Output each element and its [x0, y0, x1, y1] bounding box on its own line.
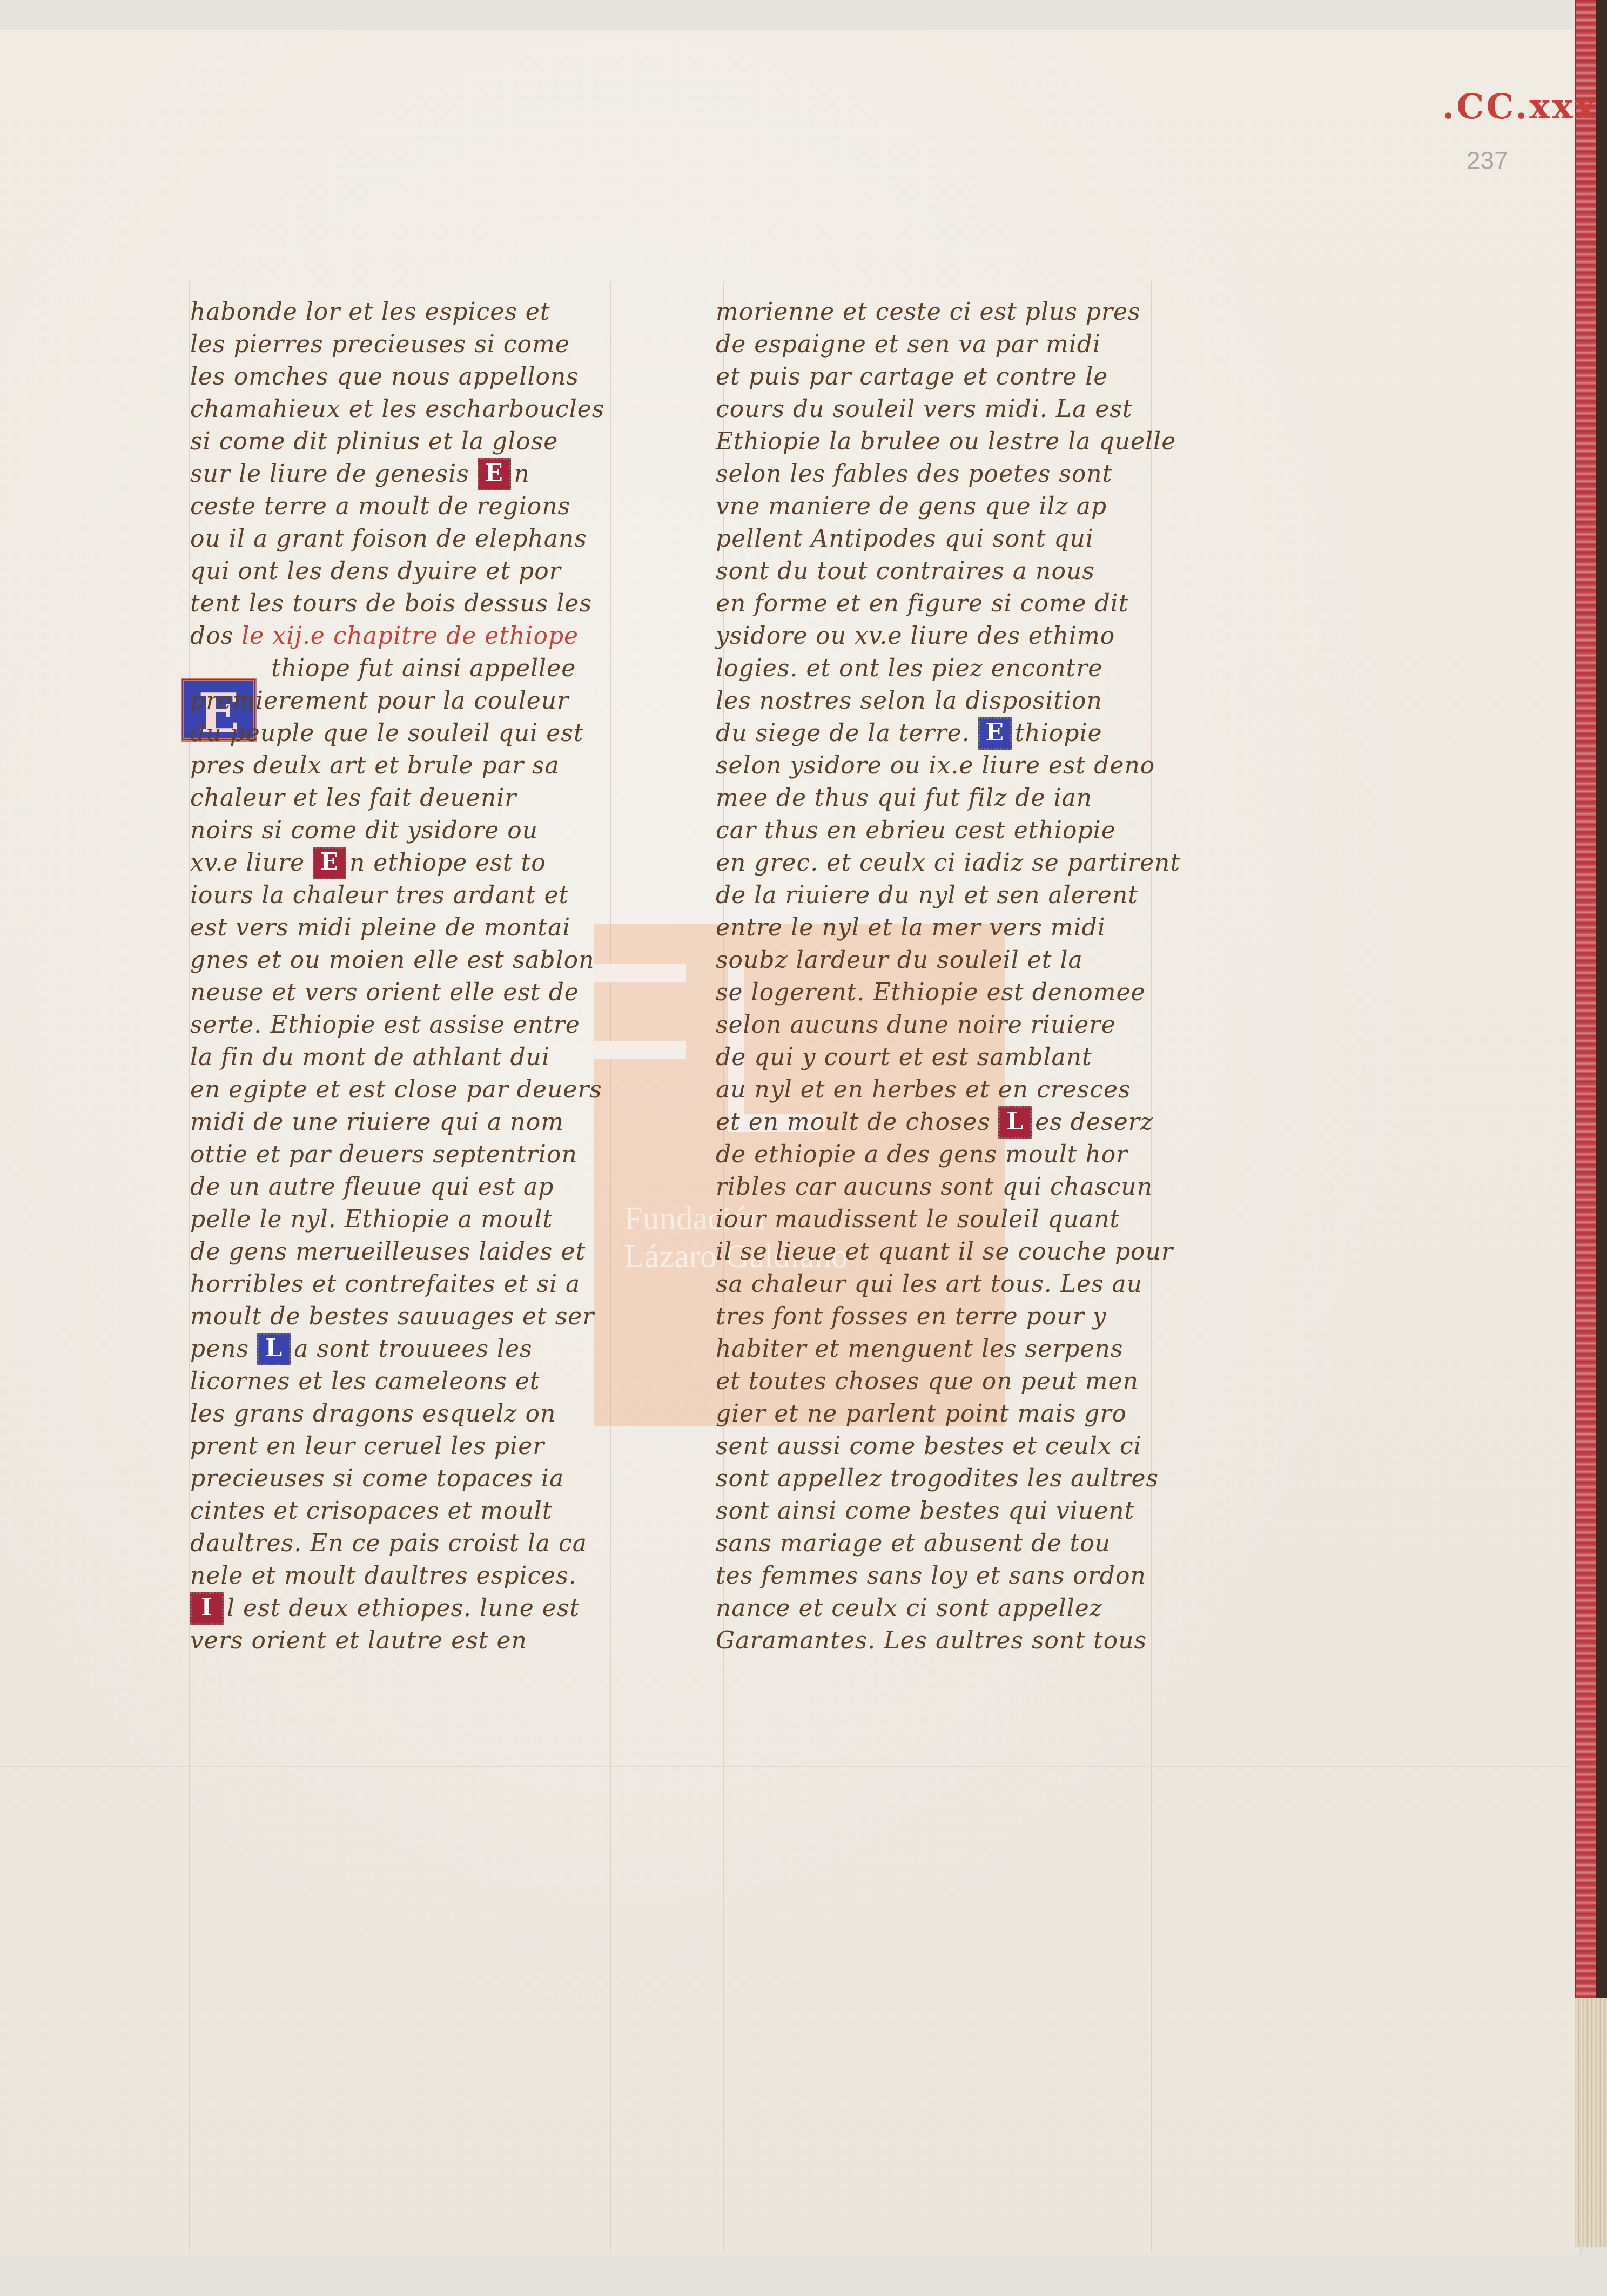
line-text: chamahieux et les escharboucles: [190, 395, 604, 423]
text-line: dos le xij.e chapitre de ethiope: [190, 620, 611, 652]
text-line: entre le nyl et la mer vers midi: [716, 912, 1180, 944]
line-text: licornes et les cameleons et: [190, 1368, 540, 1395]
text-line: neuse et vers orient elle est de: [190, 977, 611, 1009]
line-text: habiter et menguent les serpens: [716, 1335, 1123, 1363]
line-text: si come dit plinius et la glose: [190, 428, 558, 455]
text-line: les nostres selon la disposition: [716, 685, 1180, 717]
text-line: chaleur et les fait deuenir: [190, 782, 611, 814]
line-text: pens: [190, 1335, 249, 1363]
text-line: en egipte et est close par deuers: [190, 1074, 611, 1106]
text-line: gier et ne parlent point mais gro: [716, 1398, 1180, 1430]
text-line: ottie et par deuers septentrion: [190, 1139, 611, 1171]
decorated-initial: I: [190, 1592, 224, 1625]
line-text: tent les tours de bois dessus les: [190, 590, 592, 617]
line-text: dos: [190, 622, 233, 650]
text-line: de un autre fleuue qui est ap: [190, 1171, 611, 1203]
text-line: iour maudissent le souleil quant: [716, 1203, 1180, 1236]
line-text: iour maudissent le souleil quant: [716, 1206, 1120, 1233]
line-text: sans mariage et abusent de tou: [716, 1530, 1111, 1557]
line-text: ceste terre a moult de regions: [190, 493, 570, 520]
line-text: vne maniere de gens que ilz ap: [716, 493, 1107, 520]
scan-background-top: [0, 0, 1607, 30]
text-line: ribles car aucuns sont qui chascun: [716, 1171, 1180, 1203]
line-text: qui ont les dens dyuire et por: [190, 557, 561, 585]
line-text: gnes et ou moien elle est sablon: [190, 946, 595, 974]
text-line: si come dit plinius et la glose: [190, 426, 611, 458]
text-line: morienne et ceste ci est plus pres: [716, 296, 1180, 328]
text-line: de gens merueilleuses laides et: [190, 1236, 611, 1268]
line-text: la fin du mont de athlant dui: [190, 1043, 550, 1071]
text-line: de espaigne et sen va par midi: [716, 328, 1180, 361]
ruling-top: [0, 281, 1572, 281]
line-text: pres deulx art et brule par sa: [190, 752, 560, 779]
line-text: habonde lor et les espices et: [190, 298, 550, 326]
text-line: habiter et menguent les serpens: [716, 1333, 1180, 1365]
line-text-continued: n ethiope est to: [349, 849, 546, 877]
line-text: morienne et ceste ci est plus pres: [716, 298, 1141, 326]
text-line: cours du souleil vers midi. La est: [716, 393, 1180, 426]
text-line: en grec. et ceulx ci iadiz se partirent: [716, 847, 1180, 879]
text-line: selon aucuns dune noire riuiere: [716, 1009, 1180, 1041]
line-text: il se lieue et quant il se couche pour: [716, 1238, 1173, 1265]
text-line: de ethiopie a des gens moult hor: [716, 1139, 1180, 1171]
text-line: et en moult de choses Les deserz: [716, 1106, 1180, 1139]
text-line: en forme et en figure si come dit: [716, 588, 1180, 620]
text-line: logies. et ont les piez encontre: [716, 652, 1180, 685]
line-text-continued: thiopie: [1015, 719, 1102, 747]
line-text: ottie et par deuers septentrion: [190, 1141, 577, 1168]
line-text: ribles car aucuns sont qui chascun: [716, 1173, 1153, 1201]
text-line: pres deulx art et brule par sa: [190, 750, 611, 782]
text-line: premierement pour la couleur: [190, 685, 611, 717]
pencil-folio-number: 237: [1467, 146, 1508, 175]
line-text: prent en leur ceruel les pier: [190, 1432, 544, 1460]
text-line: licornes et les cameleons et: [190, 1365, 611, 1398]
line-text: et toutes choses que on peut men: [716, 1368, 1139, 1395]
line-text: selon aucuns dune noire riuiere: [716, 1011, 1115, 1039]
line-text: noirs si come dit ysidore ou: [190, 817, 538, 844]
text-line: du peuple que le souleil qui est: [190, 717, 611, 750]
line-text: nele et moult daultres espices.: [190, 1562, 577, 1590]
line-text: selon ysidore ou ix.e liure est deno: [716, 752, 1155, 779]
text-line: noirs si come dit ysidore ou: [190, 814, 611, 847]
text-line: car thus en ebrieu cest ethiopie: [716, 814, 1180, 847]
decorated-initial: E: [313, 847, 346, 879]
line-text: vers orient et lautre est en: [190, 1627, 527, 1654]
line-text: precieuses si come topaces ia: [190, 1465, 564, 1492]
line-text: pelle le nyl. Ethiopie a moult: [190, 1206, 553, 1233]
text-line: selon ysidore ou ix.e liure est deno: [716, 750, 1180, 782]
text-line: xv.e liure En ethiope est to: [190, 847, 611, 879]
text-line: tes femmes sans loy et sans ordon: [716, 1560, 1180, 1592]
text-line: selon les fables des poetes sont: [716, 458, 1180, 490]
line-text: nance et ceulx ci sont appellez: [716, 1594, 1102, 1622]
text-line: pellent Antipodes qui sont qui: [716, 523, 1180, 555]
text-line: Il est deux ethiopes. lune est: [190, 1592, 611, 1625]
line-text: moult de bestes sauuages et ser: [190, 1303, 594, 1330]
line-text: de qui y court et est samblant: [716, 1043, 1092, 1071]
line-text: cours du souleil vers midi. La est: [716, 395, 1132, 423]
line-text: ysidore ou xv.e liure des ethimo: [716, 622, 1115, 650]
text-line: gnes et ou moien elle est sablon: [190, 944, 611, 977]
text-line: nele et moult daultres espices.: [190, 1560, 611, 1592]
text-line: sa chaleur qui les art tous. Les au: [716, 1268, 1180, 1301]
text-line: et puis par cartage et contre le: [716, 361, 1180, 393]
line-text: de espaigne et sen va par midi: [716, 331, 1101, 358]
text-line: et toutes choses que on peut men: [716, 1365, 1180, 1398]
line-text: neuse et vers orient elle est de: [190, 979, 579, 1006]
text-line: sent aussi come bestes et ceulx ci: [716, 1430, 1180, 1463]
text-line: les grans dragons esquelz on: [190, 1398, 611, 1430]
binding-outer: [1596, 0, 1607, 2052]
line-text: logies. et ont les piez encontre: [716, 655, 1102, 682]
line-text: premierement pour la couleur: [190, 687, 569, 715]
text-line: sont du tout contraires a nous: [716, 555, 1180, 588]
text-line: cintes et crisopaces et moult: [190, 1495, 611, 1527]
line-text: sa chaleur qui les art tous. Les au: [716, 1270, 1142, 1298]
decorated-initial: L: [998, 1106, 1032, 1139]
line-text: sont ainsi come bestes qui viuent: [716, 1497, 1134, 1525]
text-line: sur le liure de genesis En: [190, 458, 611, 490]
text-line: de la riuiere du nyl et sen alerent: [716, 879, 1180, 912]
text-line: mee de thus qui fut filz de ian: [716, 782, 1180, 814]
line-text: les pierres precieuses si come: [190, 331, 570, 358]
line-text-continued: n: [514, 460, 530, 488]
text-line: tres font fosses en terre pour y: [716, 1301, 1180, 1333]
text-line: pelle le nyl. Ethiopie a moult: [190, 1203, 611, 1236]
line-text: Garamantes. Les aultres sont tous: [716, 1627, 1147, 1654]
text-line: Garamantes. Les aultres sont tous: [716, 1625, 1180, 1657]
line-text: serte. Ethiopie est assise entre: [190, 1011, 580, 1039]
text-line: Ethiopie la brulee ou lestre la quelle: [716, 426, 1180, 458]
line-text: mee de thus qui fut filz de ian: [716, 784, 1092, 812]
line-text: chaleur et les fait deuenir: [190, 784, 516, 812]
text-line: sans mariage et abusent de tou: [716, 1527, 1180, 1560]
line-text: de la riuiere du nyl et sen alerent: [716, 881, 1138, 909]
line-text: sent aussi come bestes et ceulx ci: [716, 1432, 1142, 1460]
line-text: sont appellez trogodites les aultres: [716, 1465, 1159, 1492]
line-text: car thus en ebrieu cest ethiopie: [716, 817, 1116, 844]
line-text: et puis par cartage et contre le: [716, 363, 1108, 390]
line-text: sur le liure de genesis: [190, 460, 469, 488]
text-line: vers orient et lautre est en: [190, 1625, 611, 1657]
line-text: est vers midi pleine de montai: [190, 914, 570, 941]
text-line: la fin du mont de athlant dui: [190, 1041, 611, 1074]
line-text: ou il a grant foison de elephans: [190, 525, 587, 553]
text-line: sont ainsi come bestes qui viuent: [716, 1495, 1180, 1527]
text-line: qui ont les dens dyuire et por: [190, 555, 611, 588]
line-text: de ethiopie a des gens moult hor: [716, 1141, 1128, 1168]
text-line: ou il a grant foison de elephans: [190, 523, 611, 555]
line-text: midi de une riuiere qui a nom: [190, 1108, 564, 1136]
text-line: est vers midi pleine de montai: [190, 912, 611, 944]
line-text: tes femmes sans loy et sans ordon: [716, 1562, 1146, 1590]
text-line: nance et ceulx ci sont appellez: [716, 1592, 1180, 1625]
line-text: de gens merueilleuses laides et: [190, 1238, 586, 1265]
text-line: sont appellez trogodites les aultres: [716, 1463, 1180, 1495]
text-line: les omches que nous appellons: [190, 361, 611, 393]
line-text: tres font fosses en terre pour y: [716, 1303, 1107, 1330]
text-line: les pierres precieuses si come: [190, 328, 611, 361]
page-edges: [1575, 1998, 1607, 2247]
line-text-continued: a sont trouuees les: [294, 1335, 533, 1363]
text-line: de qui y court et est samblant: [716, 1041, 1180, 1074]
text-line: au nyl et en herbes et en cresces: [716, 1074, 1180, 1106]
right-text-column: morienne et ceste ci est plus presde esp…: [716, 296, 1180, 1657]
line-text: au nyl et en herbes et en cresces: [716, 1076, 1131, 1103]
line-text: thiope fut ainsi appellee: [271, 655, 576, 682]
line-text: du siege de la terre.: [716, 719, 970, 747]
line-text: cintes et crisopaces et moult: [190, 1497, 553, 1525]
line-text: soubz lardeur du souleil et la: [716, 946, 1083, 974]
text-line: tent les tours de bois dessus les: [190, 588, 611, 620]
line-text: et en moult de choses: [716, 1108, 990, 1136]
text-line: il se lieue et quant il se couche pour: [716, 1236, 1180, 1268]
line-text: Ethiopie la brulee ou lestre la quelle: [716, 428, 1176, 455]
line-text: sont du tout contraires a nous: [716, 557, 1095, 585]
left-text-column: habonde lor et les espices etles pierres…: [190, 296, 611, 1657]
line-text: les grans dragons esquelz on: [190, 1400, 556, 1428]
text-line: habonde lor et les espices et: [190, 296, 611, 328]
decorated-initial: E: [478, 458, 511, 490]
line-text: en grec. et ceulx ci iadiz se partirent: [716, 849, 1180, 877]
text-line: ceste terre a moult de regions: [190, 490, 611, 523]
line-text: du peuple que le souleil qui est: [190, 719, 583, 747]
decorated-initial: E: [978, 717, 1012, 750]
text-line: thiope fut ainsi appellee: [190, 652, 611, 685]
text-line: iours la chaleur tres ardant et: [190, 879, 611, 912]
text-line: horribles et contrefaites et si a: [190, 1268, 611, 1301]
line-text: en forme et en figure si come dit: [716, 590, 1128, 617]
line-text: xv.e liure: [190, 849, 305, 877]
line-text-continued: es deserz: [1035, 1108, 1153, 1136]
line-text: daultres. En ce pais croist la ca: [190, 1530, 587, 1557]
line-text: selon les fables des poetes sont: [716, 460, 1112, 488]
folio-header: .CC.xxx: [1442, 86, 1598, 127]
chapter-rubric: le xij.e chapitre de ethiope: [241, 622, 579, 650]
line-text: de un autre fleuue qui est ap: [190, 1173, 554, 1201]
line-text: horribles et contrefaites et si a: [190, 1270, 580, 1298]
text-line: midi de une riuiere qui a nom: [190, 1106, 611, 1139]
text-line: vne maniere de gens que ilz ap: [716, 490, 1180, 523]
text-line: pens La sont trouuees les: [190, 1333, 611, 1365]
text-line: serte. Ethiopie est assise entre: [190, 1009, 611, 1041]
red-binding-edge: [1575, 0, 1597, 1998]
text-line: ysidore ou xv.e liure des ethimo: [716, 620, 1180, 652]
ruling-bottom-text: [0, 1766, 1572, 1767]
line-text: l est deux ethiopes. lune est: [227, 1594, 580, 1622]
line-text: les nostres selon la disposition: [716, 687, 1102, 715]
line-text: iours la chaleur tres ardant et: [190, 881, 569, 909]
decorated-initial: L: [257, 1333, 291, 1365]
line-text: pellent Antipodes qui sont qui: [716, 525, 1094, 553]
text-line: soubz lardeur du souleil et la: [716, 944, 1180, 977]
text-line: prent en leur ceruel les pier: [190, 1430, 611, 1463]
text-line: moult de bestes sauuages et ser: [190, 1301, 611, 1333]
text-line: se logerent. Ethiopie est denomee: [716, 977, 1180, 1009]
text-line: du siege de la terre. Ethiopie: [716, 717, 1180, 750]
text-line: chamahieux et les escharboucles: [190, 393, 611, 426]
line-text: en egipte et est close par deuers: [190, 1076, 602, 1103]
line-text: entre le nyl et la mer vers midi: [716, 914, 1106, 941]
line-text: se logerent. Ethiopie est denomee: [716, 979, 1146, 1006]
line-text: gier et ne parlent point mais gro: [716, 1400, 1127, 1428]
line-text: les omches que nous appellons: [190, 363, 579, 390]
text-line: precieuses si come topaces ia: [190, 1463, 611, 1495]
text-line: daultres. En ce pais croist la ca: [190, 1527, 611, 1560]
